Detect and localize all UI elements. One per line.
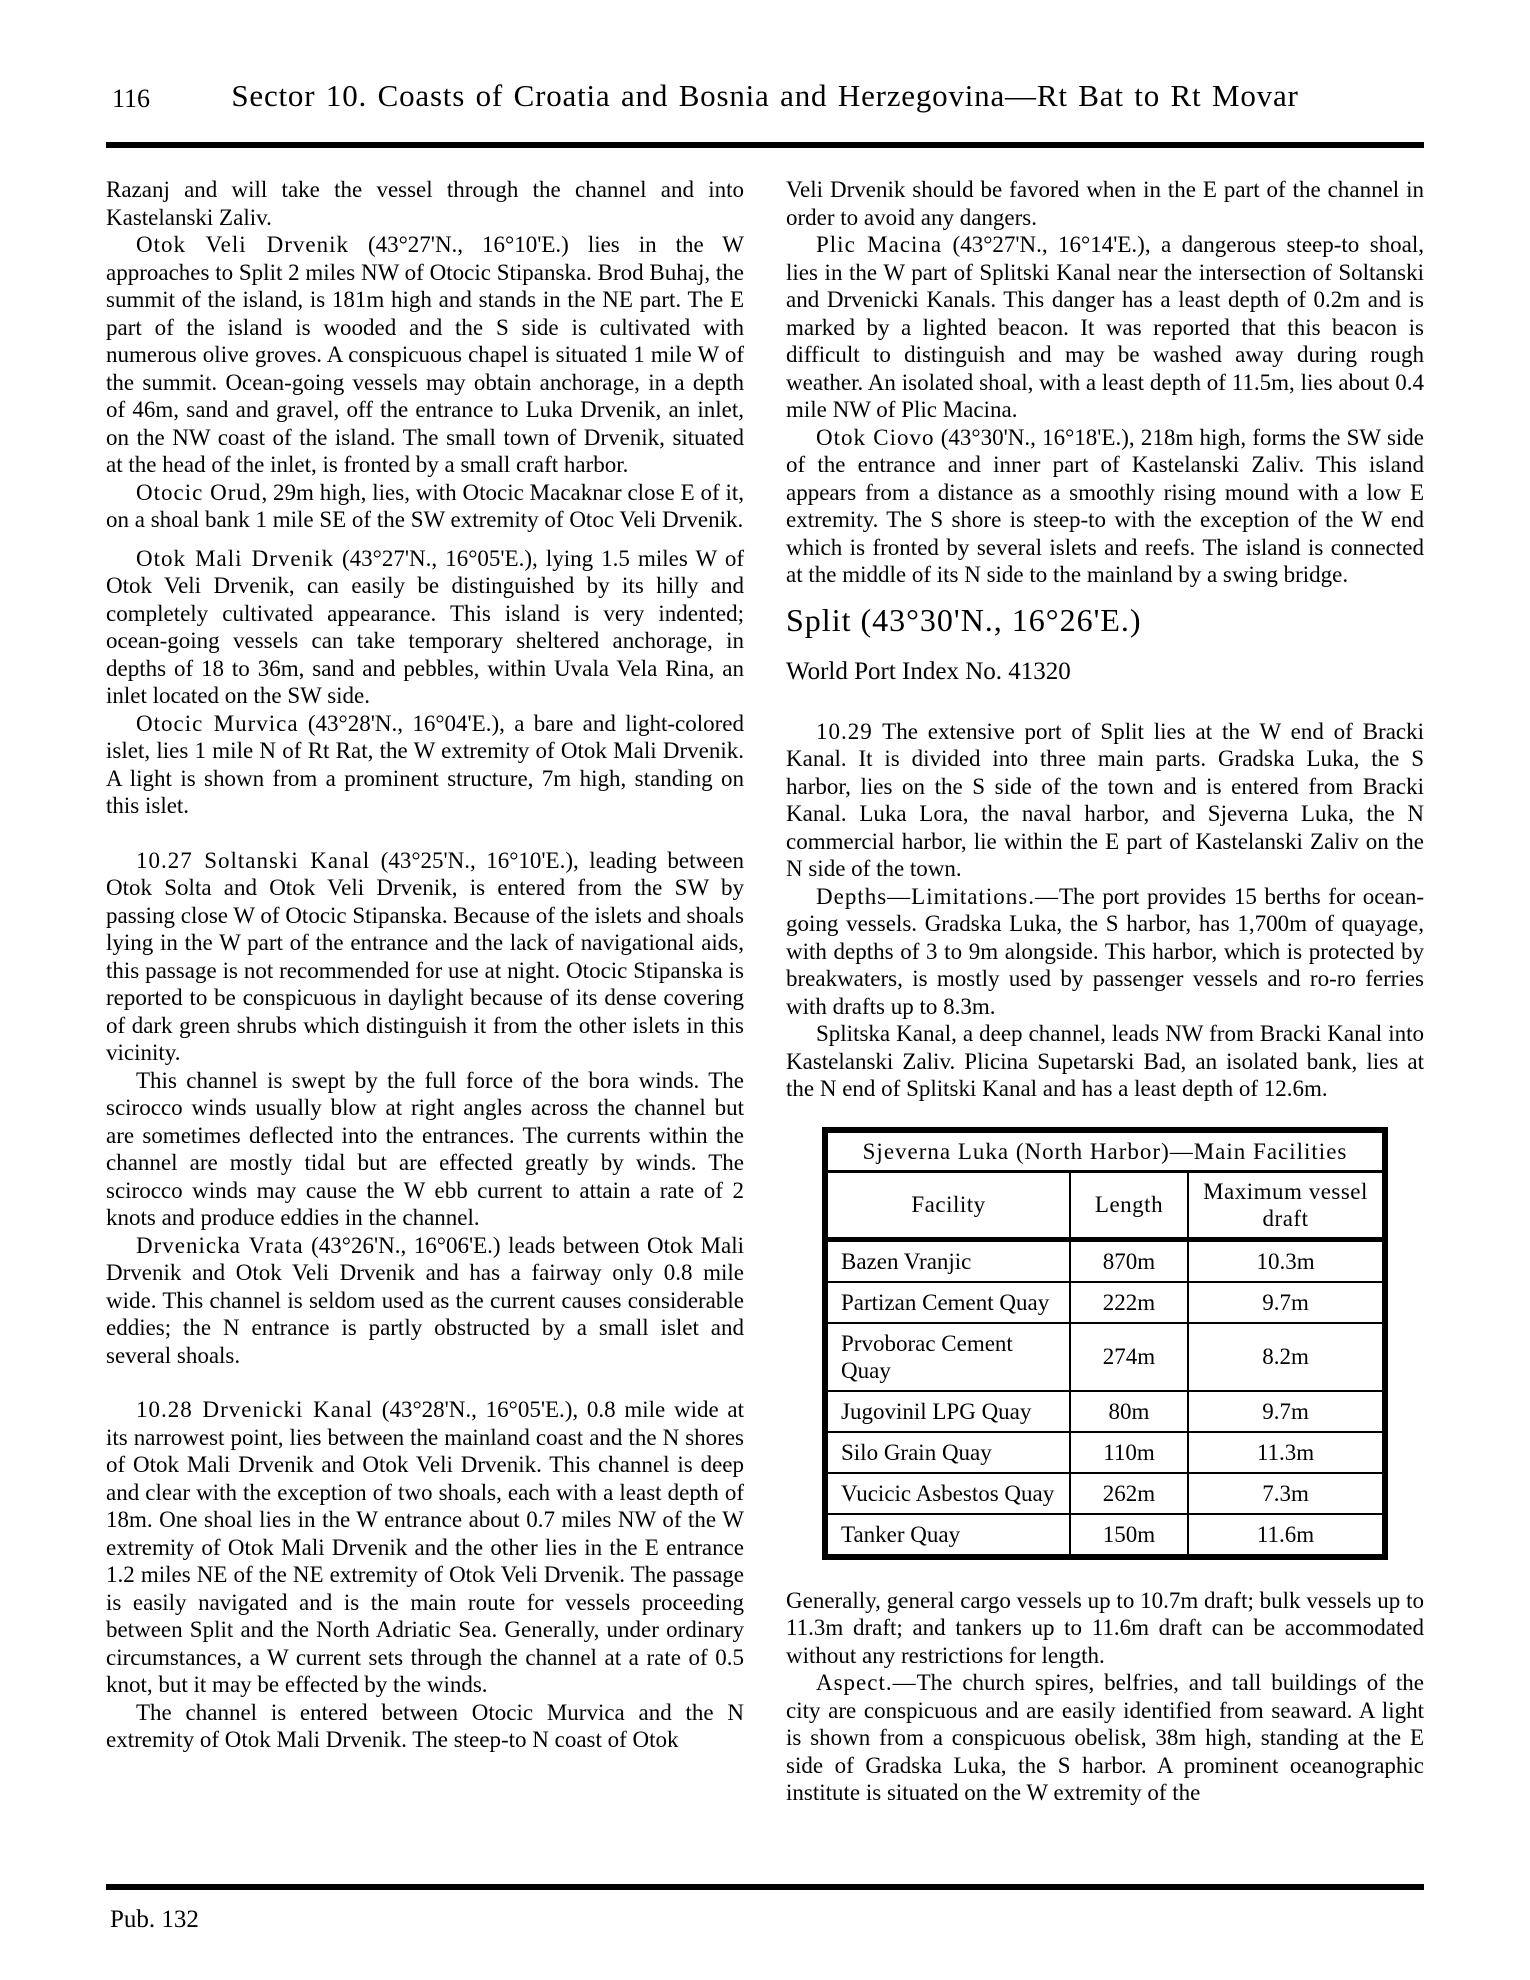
footer-rule (106, 1884, 1424, 1890)
facility-cell: Jugovinil LPG Quay (825, 1391, 1070, 1432)
length-cell: 274m (1070, 1323, 1188, 1391)
facility-cell: Prvoborac Cement Quay (825, 1323, 1070, 1391)
length-cell: 262m (1070, 1473, 1188, 1514)
paragraph-text: (43°25'N., 16°10'E.), leading between Ot… (106, 848, 744, 1066)
table-row: Jugovinil LPG Quay80m9.7m (825, 1391, 1385, 1432)
paragraph-lead: Otocic Murvica (136, 711, 299, 736)
paragraph-text: Generally, general cargo vessels up to 1… (786, 1588, 1424, 1668)
left-column: Razanj and will take the vessel through … (106, 176, 744, 1807)
draft-cell: 10.3m (1188, 1239, 1385, 1282)
paragraph: 10.28 Drvenicki Kanal (43°28'N., 16°05'E… (106, 1396, 744, 1699)
draft-cell: 8.2m (1188, 1323, 1385, 1391)
header-title: Sector 10. Coasts of Croatia and Bosnia … (106, 78, 1424, 114)
paragraph: Aspect.—The church spires, belfries, and… (786, 1669, 1424, 1807)
paragraph: Otok Veli Drvenik (43°27'N., 16°10'E.) l… (106, 231, 744, 479)
paragraph-lead: Otok Mali Drvenik (136, 546, 334, 571)
table-row: Partizan Cement Quay222m9.7m (825, 1282, 1385, 1323)
right-column: Veli Drvenik should be favored when in t… (786, 176, 1424, 1807)
publication-number: Pub. 132 (110, 1906, 199, 1933)
facility-cell: Vucicic Asbestos Quay (825, 1473, 1070, 1514)
paragraph: 10.29 The extensive port of Split lies a… (786, 718, 1424, 883)
header-rule (106, 142, 1424, 148)
paragraph-lead: 10.28 Drvenicki Kanal (136, 1397, 373, 1422)
table-column-header-facility: Facility (825, 1171, 1070, 1239)
paragraph: Otocic Orud, 29m high, lies, with Otocic… (106, 479, 744, 534)
table-column-header-draft: Maximum vessel draft (1188, 1171, 1385, 1239)
facility-cell: Tanker Quay (825, 1514, 1070, 1557)
length-cell: 150m (1070, 1514, 1188, 1557)
length-cell: 222m (1070, 1282, 1188, 1323)
paragraph-text: Splitska Kanal, a deep channel, leads NW… (786, 1021, 1424, 1101)
paragraph: Depths—Limitations.—The port provides 15… (786, 883, 1424, 1021)
length-cell: 110m (1070, 1432, 1188, 1473)
draft-cell: 9.7m (1188, 1391, 1385, 1432)
draft-cell: 7.3m (1188, 1473, 1385, 1514)
paragraph-text: Razanj and will take the vessel through … (106, 177, 744, 230)
paragraph: Veli Drvenik should be favored when in t… (786, 176, 1424, 231)
paragraph: Plic Macina (43°27'N., 16°14'E.), a dang… (786, 231, 1424, 424)
table-row: Bazen Vranjic870m10.3m (825, 1239, 1385, 1282)
paragraph-lead: Otocic Orud (136, 480, 261, 505)
page-header: 116 Sector 10. Coasts of Croatia and Bos… (106, 78, 1424, 118)
paragraph-text: Veli Drvenik should be favored when in t… (786, 177, 1424, 230)
paragraph-lead: Depths—Limitations.— (816, 884, 1059, 909)
facility-cell: Silo Grain Quay (825, 1432, 1070, 1473)
paragraph: Otok Ciovo (43°30'N., 16°18'E.), 218m hi… (786, 424, 1424, 589)
paragraph-lead: Aspect.— (816, 1670, 917, 1695)
table-row: Tanker Quay150m11.6m (825, 1514, 1385, 1557)
draft-cell: 11.6m (1188, 1514, 1385, 1557)
paragraph-text: The extensive port of Split lies at the … (786, 719, 1424, 882)
page-footer: Pub. 132 (110, 1906, 199, 1934)
paragraph: Splitska Kanal, a deep channel, leads NW… (786, 1020, 1424, 1103)
paragraph-lead: Drvenicka Vrata (136, 1233, 304, 1258)
facility-cell: Partizan Cement Quay (825, 1282, 1070, 1323)
paragraph-lead: Plic Macina (816, 232, 942, 257)
draft-cell: 11.3m (1188, 1432, 1385, 1473)
paragraph: Generally, general cargo vessels up to 1… (786, 1587, 1424, 1670)
draft-cell: 9.7m (1188, 1282, 1385, 1323)
paragraph-lead: Otok Veli Drvenik (136, 232, 349, 257)
paragraph: 10.27 Soltanski Kanal (43°25'N., 16°10'E… (106, 847, 744, 1067)
world-port-index: World Port Index No. 41320 (786, 658, 1424, 686)
table-row: Prvoborac Cement Quay274m8.2m (825, 1323, 1385, 1391)
page-number: 116 (112, 84, 150, 114)
paragraph-text: (43°27'N., 16°14'E.), a dangerous steep-… (786, 232, 1424, 422)
table-row: Vucicic Asbestos Quay262m7.3m (825, 1473, 1385, 1514)
paragraph-text: The channel is entered between Otocic Mu… (106, 1700, 744, 1753)
paragraph-text: This channel is swept by the full force … (106, 1068, 744, 1231)
document-page: 116 Sector 10. Coasts of Croatia and Bos… (0, 0, 1530, 1980)
facilities-table: Sjeverna Luka (North Harbor)—Main Facili… (822, 1127, 1388, 1560)
paragraph: Otok Mali Drvenik (43°27'N., 16°05'E.), … (106, 545, 744, 710)
length-cell: 870m (1070, 1239, 1188, 1282)
table-title: Sjeverna Luka (North Harbor)—Main Facili… (825, 1130, 1385, 1172)
table-column-header-length: Length (1070, 1171, 1188, 1239)
facilities-table-wrapper: Sjeverna Luka (North Harbor)—Main Facili… (786, 1127, 1424, 1560)
content-columns: Razanj and will take the vessel through … (106, 176, 1424, 1807)
paragraph-lead: 10.27 Soltanski Kanal (136, 848, 370, 873)
paragraph: Razanj and will take the vessel through … (106, 176, 744, 231)
paragraph: Otocic Murvica (43°28'N., 16°04'E.), a b… (106, 710, 744, 820)
paragraph-lead: Otok Ciovo (816, 425, 934, 450)
length-cell: 80m (1070, 1391, 1188, 1432)
paragraph: Drvenicka Vrata (43°26'N., 16°06'E.) lea… (106, 1232, 744, 1370)
facility-cell: Bazen Vranjic (825, 1239, 1070, 1282)
paragraph: This channel is swept by the full force … (106, 1067, 744, 1232)
split-section-heading: Split (43°30'N., 16°26'E.) (786, 607, 1424, 635)
paragraph-text: (43°28'N., 16°05'E.), 0.8 mile wide at i… (106, 1397, 744, 1697)
paragraph-text: (43°27'N., 16°10'E.) lies in the W appro… (106, 232, 744, 477)
paragraph-lead: 10.29 (816, 719, 873, 744)
paragraph: The channel is entered between Otocic Mu… (106, 1699, 744, 1754)
table-row: Silo Grain Quay110m11.3m (825, 1432, 1385, 1473)
